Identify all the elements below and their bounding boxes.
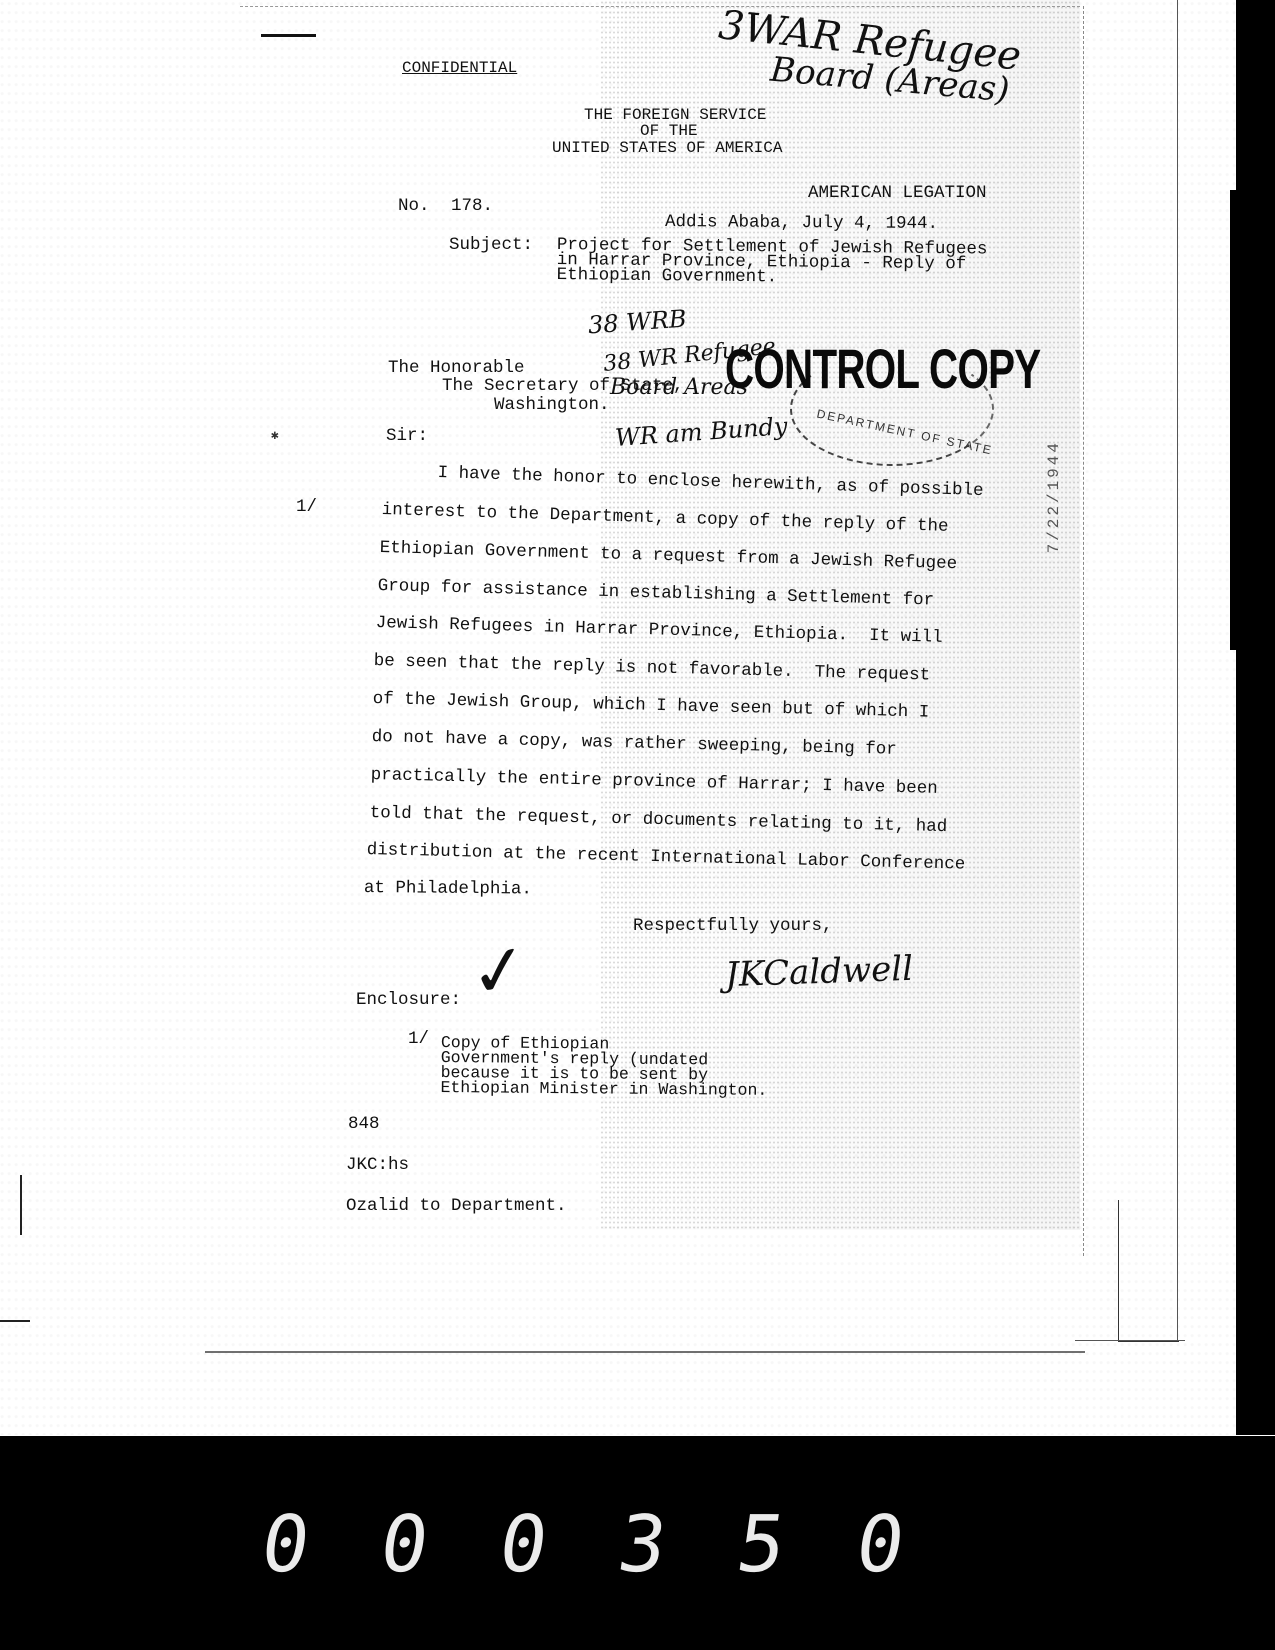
enclosure-number: 1/ [408, 1029, 429, 1049]
underlying-sheet-corner [1118, 1200, 1179, 1342]
closing: Respectfully yours, [633, 916, 833, 936]
salutation: Sir: [386, 426, 428, 446]
dateline: Addis Ababa, July 4, 1944. [665, 212, 938, 234]
pen-stroke [261, 34, 316, 37]
underlying-sheet-edge [1177, 0, 1178, 1340]
underlying-sheet-edge-bottom [1075, 1340, 1185, 1341]
scan-mark [0, 1320, 30, 1322]
subject-label: Subject: [449, 235, 533, 255]
asterisk-mark: ✱ [271, 428, 279, 443]
letterhead-line: UNITED STATES OF AMERICA [552, 138, 782, 158]
despatch-number: 178. [451, 196, 493, 216]
typist-initials: JKC:hs [346, 1155, 409, 1175]
paper-edge-right [1083, 6, 1084, 1256]
scan-border-notch [1230, 190, 1238, 650]
addressee-line: The Honorable [388, 358, 525, 378]
number-label: No. [398, 196, 430, 216]
scan-mark [20, 1175, 22, 1235]
enclosure-description: Copy of EthiopianGovernment's reply (und… [440, 1035, 767, 1098]
margin-reference: 1/ [296, 497, 317, 517]
control-copy-stamp: CONTROL COPY [725, 336, 1040, 401]
subject-text: Project for Settlement of Jewish Refugee… [557, 238, 988, 288]
signature: JKCaldwell [724, 949, 913, 996]
paper-edge-bottom [205, 1351, 1085, 1353]
enclosure-line: Ethiopian Minister in Washington. [440, 1080, 767, 1098]
distribution-note: Ozalid to Department. [346, 1196, 567, 1216]
paper-edge-top [240, 6, 1080, 7]
classification-label: CONFIDENTIAL [402, 58, 517, 78]
addressee-line: The Secretary of State, [442, 376, 684, 396]
office-name: AMERICAN LEGATION [808, 183, 987, 203]
body-line: at Philadelphia. [364, 878, 532, 899]
check-mark: ✓ [465, 926, 534, 1015]
frame-number: 000350 [256, 1500, 982, 1590]
scan-border-right [1236, 0, 1275, 1435]
file-number: 848 [348, 1114, 380, 1134]
addressee-line: Washington. [494, 395, 610, 415]
side-date-stamp: 7/22/1944 [1045, 440, 1075, 553]
enclosure-label: Enclosure: [356, 990, 461, 1010]
